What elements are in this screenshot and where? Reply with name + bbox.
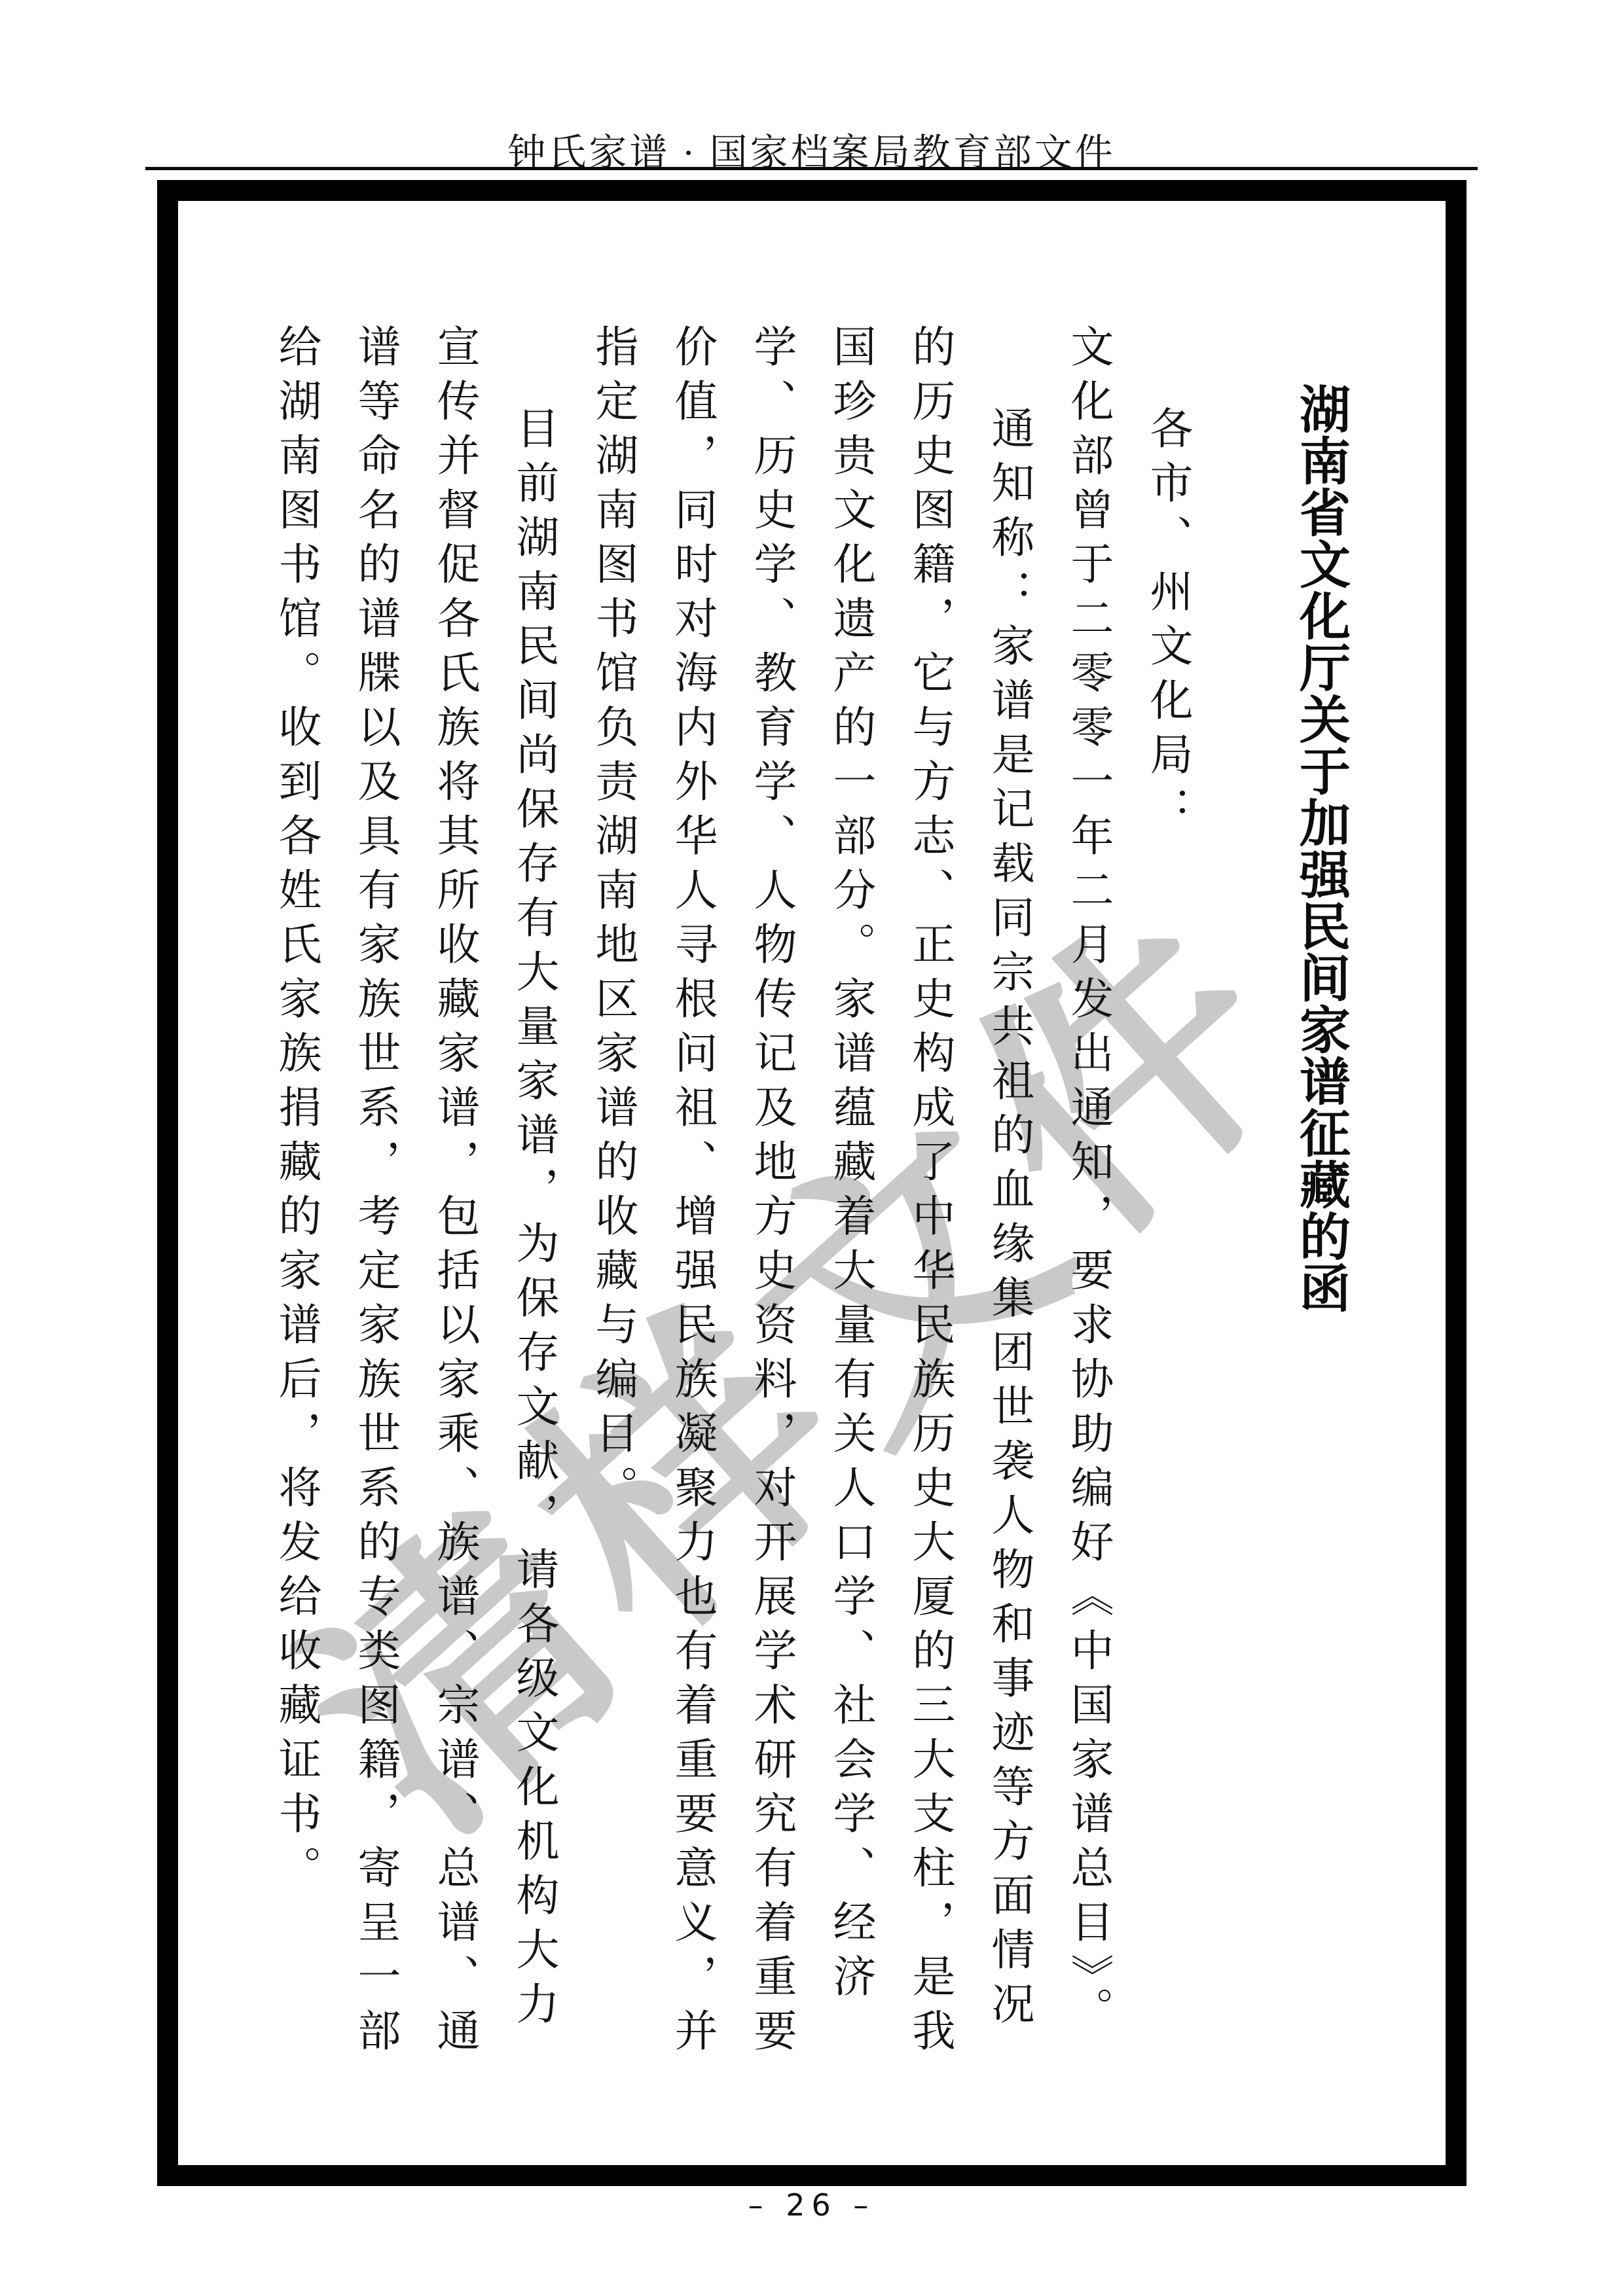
text-column-12: 给湖南图书馆。收到各姓氏家族捐藏的家谱后，将发给收藏证书。 bbox=[266, 324, 325, 1899]
text-column-2: 文化部曾于二零零一年二月发出通知，要求协助编好《中国家谱总目》。 bbox=[1058, 324, 1117, 2041]
header-rule bbox=[145, 167, 1478, 170]
text-column-11: 谱等命名的谱牒以及具有家族世系，考定家族世系的专类图籍，寄呈一部 bbox=[345, 324, 404, 2062]
text-column-9: 目前湖南民间尚保存有大量家谱，为保存文献，请各级文化机构大力 bbox=[503, 406, 562, 2036]
page-number: – 26 – bbox=[0, 2187, 1623, 2223]
text-column-7: 价值，同时对海内外华人寻根问祖、增强民族凝聚力也有着重要意义，并 bbox=[662, 324, 721, 2062]
text-column-3: 通知称：家谱是记载同宗共祖的血缘集团世袭人物和事迹等方面情况 bbox=[979, 406, 1038, 2036]
text-column-8: 指定湖南图书馆负责湖南地区家谱的收藏与编目。 bbox=[583, 324, 642, 1519]
text-layer: 湖南省文化厅关于加强民间家谱征藏的函 各市、州文化局：文化部曾于二零零一年二月发… bbox=[178, 201, 1446, 2165]
text-column-4: 的历史图籍，它与方志、正史构成了中华民族历史大厦的三大支柱，是我 bbox=[900, 324, 958, 2062]
text-column-1: 各市、州文化局： bbox=[1137, 406, 1196, 840]
document-frame: 清样文件 湖南省文化厅关于加强民间家谱征藏的函 各市、州文化局：文化部曾于二零零… bbox=[157, 180, 1467, 2186]
text-column-10: 宣传并督促各氏族将其所收藏家谱，包括以家乘、族谱、宗谱、总谱、通 bbox=[424, 324, 483, 2062]
document-page: 钟氏家谱 · 国家档案局教育部文件 清样文件 湖南省文化厅关于加强民间家谱征藏的… bbox=[0, 0, 1623, 2296]
text-column-6: 学、历史学、教育学、人物传记及地方史资料，对开展学术研究有着重要 bbox=[741, 324, 800, 2062]
document-title: 湖南省文化厅关于加强民间家谱征藏的函 bbox=[1288, 383, 1353, 1314]
text-column-5: 国珍贵文化遗产的一部分。家谱蕴藏着大量有关人口学、社会学、经济 bbox=[820, 324, 879, 2008]
